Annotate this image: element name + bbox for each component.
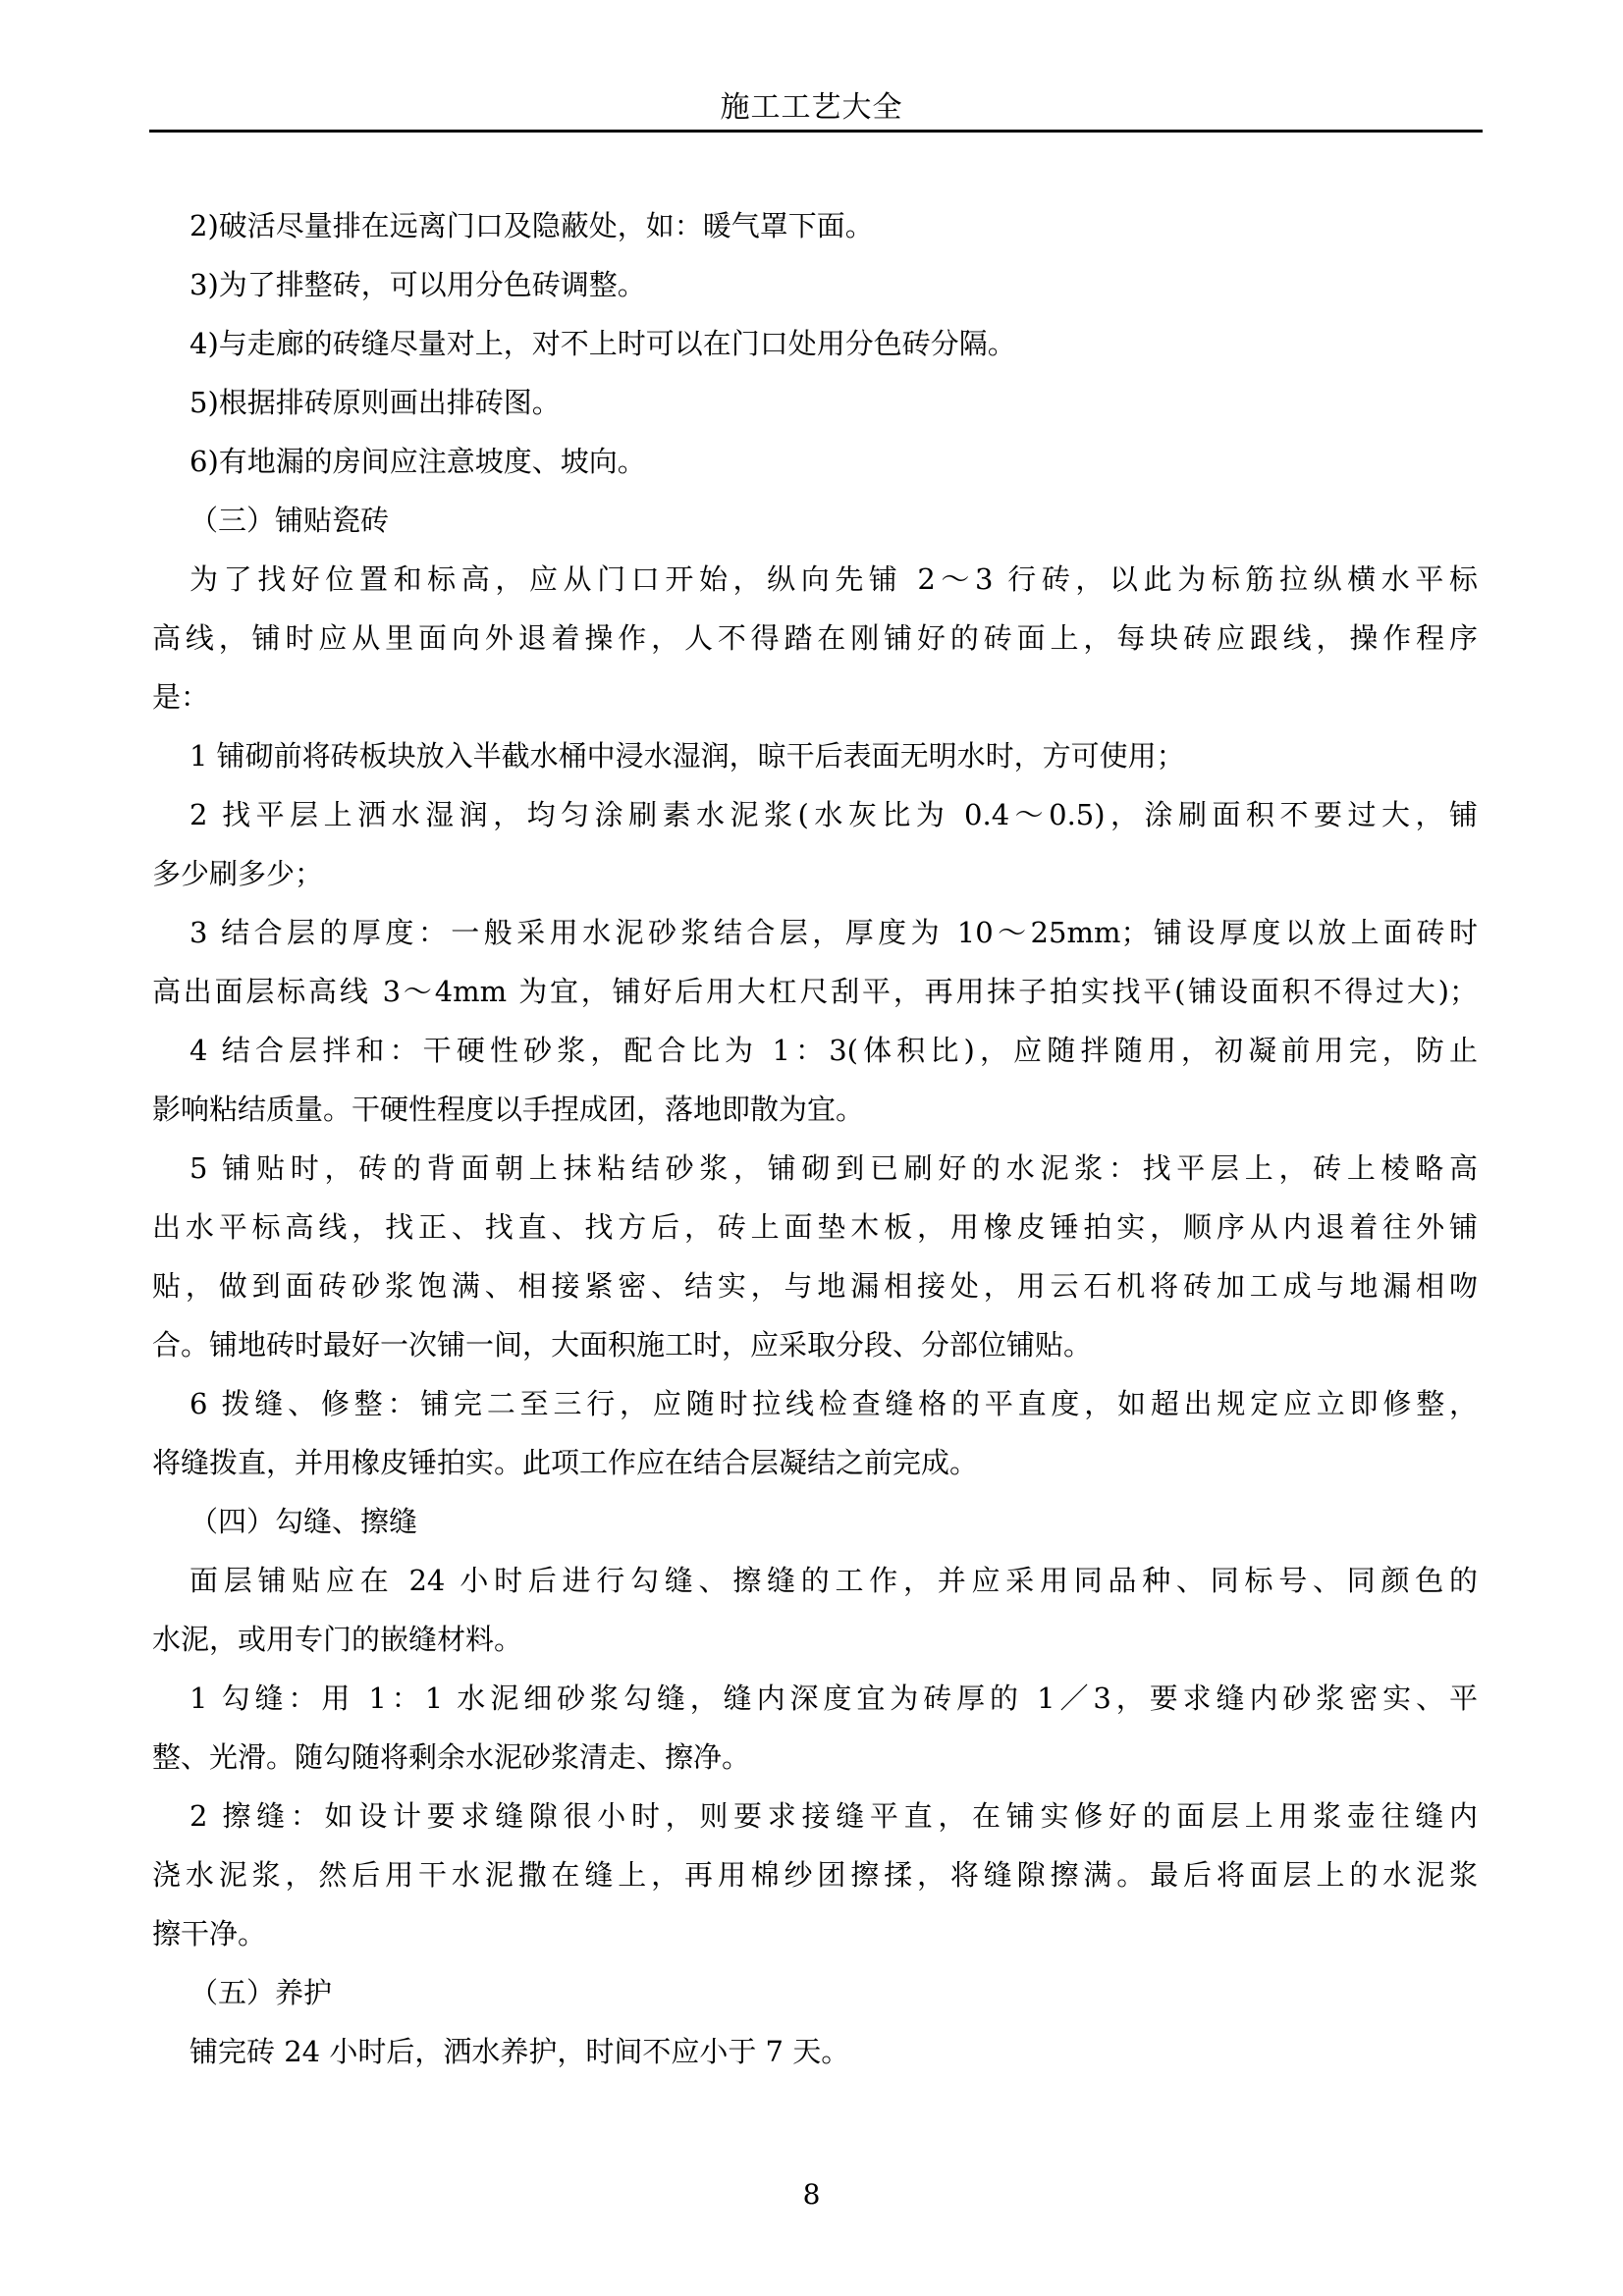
text-line: 合。铺地砖时最好一次铺一间，大面积施工时，应采取分段、分部位铺贴。 <box>152 1315 1478 1374</box>
running-header-title: 施工工艺大全 <box>0 90 1623 126</box>
text-line: 擦干净。 <box>152 1904 1478 1963</box>
text-line: 为了找好位置和标高，应从门口开始，纵向先铺 2～3 行砖，以此为标筋拉纵横水平标 <box>152 550 1478 609</box>
section-heading: （五）养护 <box>152 1963 1478 2022</box>
text-line: 面层铺贴应在 24 小时后进行勾缝、擦缝的工作，并应采用同品种、同标号、同颜色的 <box>152 1551 1478 1610</box>
text-line: 5)根据排砖原则画出排砖图。 <box>152 373 1478 432</box>
text-line: 1 勾缝：用 1：1 水泥细砂浆勾缝，缝内深度宜为砖厚的 1／3，要求缝内砂浆密… <box>152 1669 1478 1728</box>
text-line: 3 结合层的厚度：一般采用水泥砂浆结合层，厚度为 10～25mm；铺设厚度以放上… <box>152 903 1478 962</box>
text-line: 2 擦缝：如设计要求缝隙很小时，则要求接缝平直，在铺实修好的面层上用浆壶往缝内 <box>152 1787 1478 1845</box>
text-line: 多少刷多少； <box>152 844 1478 903</box>
section-heading: （四）勾缝、擦缝 <box>152 1492 1478 1551</box>
text-line: 2 找平层上洒水湿润，均匀涂刷素水泥浆(水灰比为 0.4～0.5)，涂刷面积不要… <box>152 785 1478 844</box>
text-line: 5 铺贴时，砖的背面朝上抹粘结砂浆，铺砌到已刷好的水泥浆：找平层上，砖上棱略高 <box>152 1139 1478 1198</box>
text-line: 4)与走廊的砖缝尽量对上，对不上时可以在门口处用分色砖分隔。 <box>152 314 1478 373</box>
text-line: 将缝拨直，并用橡皮锤拍实。此项工作应在结合层凝结之前完成。 <box>152 1433 1478 1492</box>
text-line: 整、光滑。随勾随将剩余水泥砂浆清走、擦净。 <box>152 1728 1478 1787</box>
text-line: 1 铺砌前将砖板块放入半截水桶中浸水湿润，晾干后表面无明水时，方可使用； <box>152 726 1478 785</box>
text-line: 水泥，或用专门的嵌缝材料。 <box>152 1610 1478 1669</box>
text-line: 铺完砖 24 小时后，洒水养护，时间不应小于 7 天。 <box>152 2022 1478 2081</box>
text-line: 是： <box>152 667 1478 726</box>
text-line: 4 结合层拌和：干硬性砂浆，配合比为 1：3(体积比)，应随拌随用，初凝前用完，… <box>152 1021 1478 1080</box>
page-number: 8 <box>0 2177 1623 2213</box>
text-line: 影响粘结质量。干硬性程度以手捏成团，落地即散为宜。 <box>152 1080 1478 1139</box>
text-line: 高出面层标高线 3～4mm 为宜，铺好后用大杠尺刮平，再用抹子拍实找平(铺设面积… <box>152 962 1478 1021</box>
text-line: 贴，做到面砖砂浆饱满、相接紧密、结实，与地漏相接处，用云石机将砖加工成与地漏相吻 <box>152 1256 1478 1315</box>
header-rule <box>149 130 1483 133</box>
text-line: 2)破活尽量排在远离门口及隐蔽处，如：暖气罩下面。 <box>152 196 1478 255</box>
text-line: 6 拨缝、修整：铺完二至三行，应随时拉线检查缝格的平直度，如超出规定应立即修整， <box>152 1374 1478 1433</box>
text-line: 浇水泥浆，然后用干水泥撒在缝上，再用棉纱团擦揉，将缝隙擦满。最后将面层上的水泥浆 <box>152 1845 1478 1904</box>
text-line: 3)为了排整砖，可以用分色砖调整。 <box>152 255 1478 314</box>
document-body: 2)破活尽量排在远离门口及隐蔽处，如：暖气罩下面。3)为了排整砖，可以用分色砖调… <box>152 196 1478 2081</box>
section-heading: （三）铺贴瓷砖 <box>152 491 1478 550</box>
text-line: 6)有地漏的房间应注意坡度、坡向。 <box>152 432 1478 491</box>
text-line: 高线，铺时应从里面向外退着操作，人不得踏在刚铺好的砖面上，每块砖应跟线，操作程序 <box>152 609 1478 667</box>
text-line: 出水平标高线，找正、找直、找方后，砖上面垫木板，用橡皮锤拍实，顺序从内退着往外铺 <box>152 1198 1478 1256</box>
